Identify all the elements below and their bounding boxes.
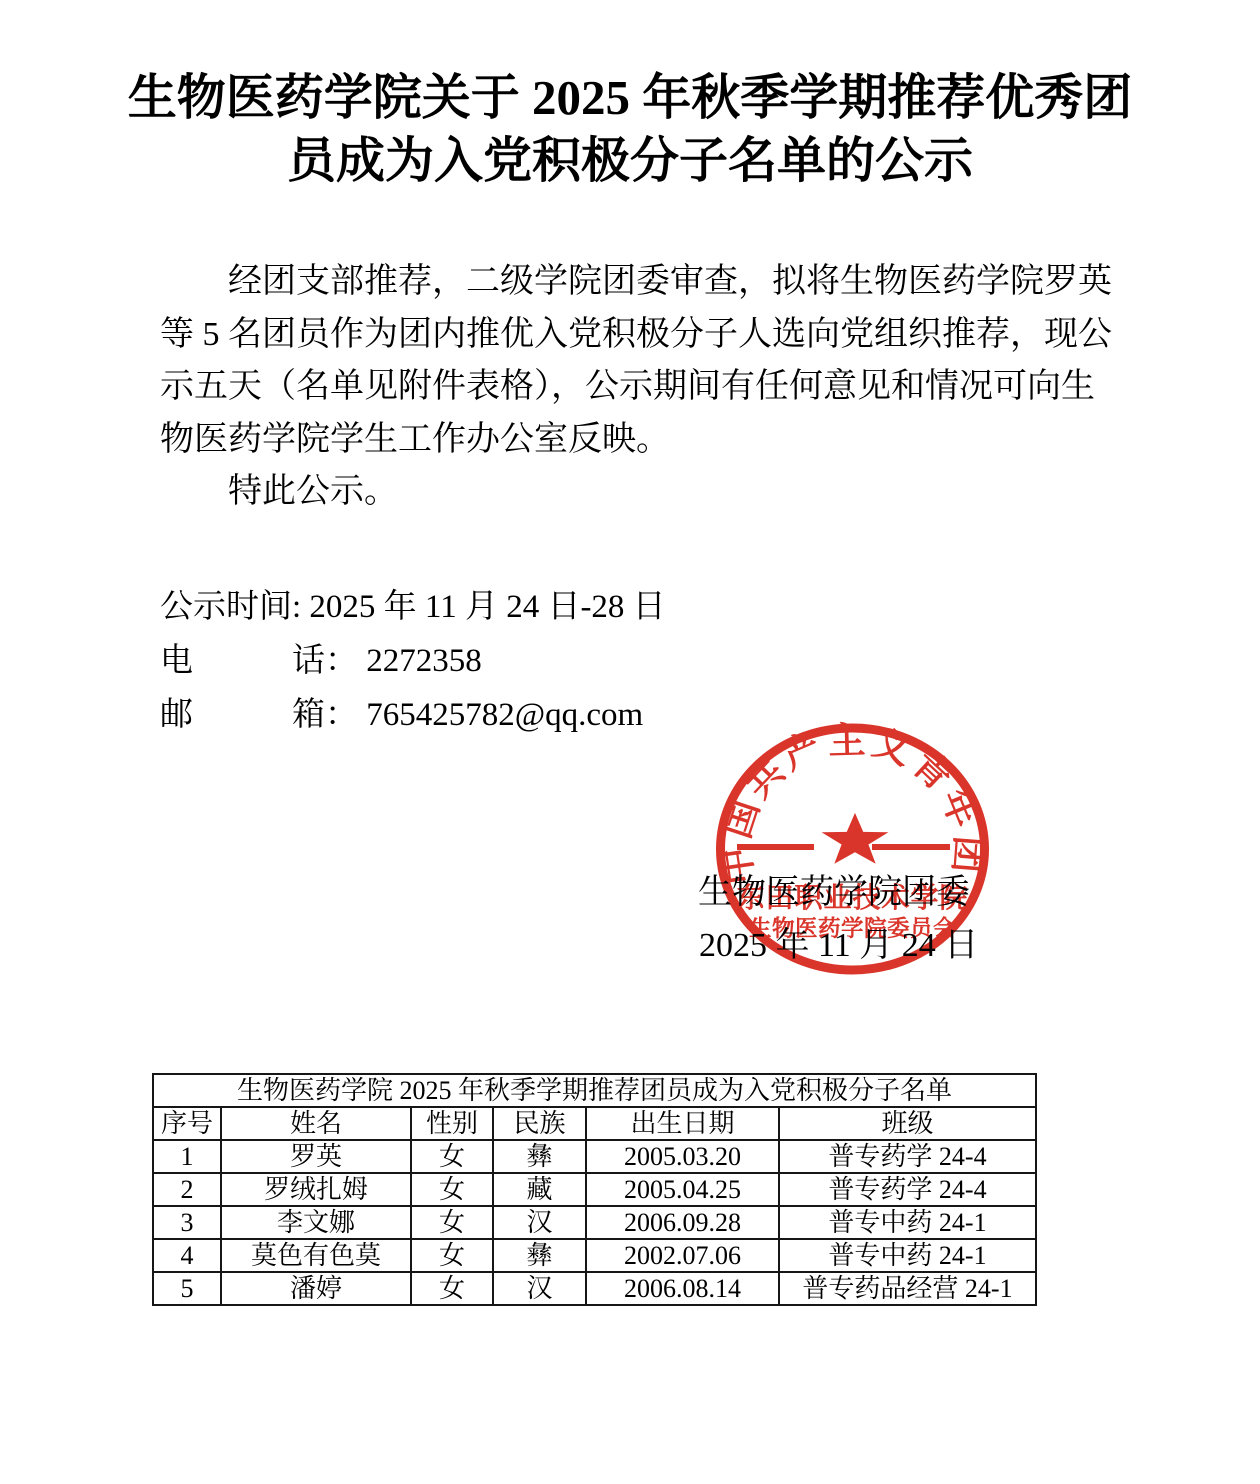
- cell-gender: 女: [411, 1272, 493, 1305]
- cell-name: 罗英: [221, 1140, 411, 1173]
- cell-ethnicity: 藏: [493, 1173, 586, 1206]
- body-line: 特此公示。: [160, 466, 1120, 519]
- body-line: 物医药学院学生工作办公室反映。: [160, 414, 1120, 467]
- document-page: 生物医药学院关于 2025 年秋季学期推荐优秀团 员成为入党积极分子名单的公示 …: [0, 0, 1260, 1484]
- table-row: 5 潘婷 女 汉 2006.08.14 普专药品经营 24-1: [153, 1272, 1036, 1305]
- cell-ethnicity: 彝: [493, 1140, 586, 1173]
- column-header: 班级: [779, 1107, 1036, 1140]
- document-title: 生物医药学院关于 2025 年秋季学期推荐优秀团 员成为入党积极分子名单的公示: [0, 66, 1260, 192]
- cell-ethnicity: 汉: [493, 1272, 586, 1305]
- seal-right-line: [872, 844, 950, 850]
- table-row: 1 罗英 女 彝 2005.03.20 普专药学 24-4: [153, 1140, 1036, 1173]
- cell-class: 普专中药 24-1: [779, 1239, 1036, 1272]
- cell-name: 罗绒扎姆: [221, 1173, 411, 1206]
- title-line-2: 员成为入党积极分子名单的公示: [0, 129, 1260, 192]
- cell-gender: 女: [411, 1173, 493, 1206]
- official-seal-stamp: 中国共产主义青年团 东田职业技术学院 生物医药学院委员会: [711, 721, 994, 978]
- table-title-section: 生物医药学院 2025 年秋季学期推荐团员成为入党积极分子名单 序号 姓名 性别…: [153, 1074, 1036, 1140]
- contact-block: 公示时间: 2025 年 11 月 24 日-28 日 电 话： 2272358…: [160, 580, 860, 742]
- column-header: 出生日期: [586, 1107, 779, 1140]
- table-row: 4 莫色有色莫 女 彝 2002.07.06 普专中药 24-1: [153, 1239, 1036, 1272]
- cell-ethnicity: 汉: [493, 1206, 586, 1239]
- cell-gender: 女: [411, 1239, 493, 1272]
- roster-table: 生物医药学院 2025 年秋季学期推荐团员成为入党积极分子名单 序号 姓名 性别…: [152, 1073, 1037, 1306]
- cell-serial-no: 5: [153, 1272, 221, 1305]
- cell-class: 普专药品经营 24-1: [779, 1272, 1036, 1305]
- column-header: 姓名: [221, 1107, 411, 1140]
- phone-line: 电 话： 2272358: [160, 634, 860, 688]
- body-line: 等 5 名团员作为团内推优入党积极分子人选向党组织推荐，现公: [160, 309, 1120, 362]
- seal-inner-line2: 生物医药学院委员会: [749, 915, 956, 941]
- title-line-1: 生物医药学院关于 2025 年秋季学期推荐优秀团: [0, 66, 1260, 129]
- body-paragraphs: 经团支部推荐，二级学院团委审查，拟将生物医药学院罗英 等 5 名团员作为团内推优…: [160, 256, 1120, 519]
- cell-gender: 女: [411, 1206, 493, 1239]
- column-header: 民族: [493, 1107, 586, 1140]
- cell-name: 莫色有色莫: [221, 1239, 411, 1272]
- seal-arc-text: 中国共产主义青年团: [715, 721, 990, 887]
- table-header-row: 序号 姓名 性别 民族 出生日期 班级: [153, 1107, 1036, 1140]
- seal-inner-line1: 东田职业技术学院: [736, 882, 968, 913]
- seal-star-icon: [822, 813, 889, 864]
- cell-gender: 女: [411, 1140, 493, 1173]
- body-line: 示五天（名单见附件表格），公示期间有任何意见和情况可向生: [160, 361, 1120, 414]
- cell-birth-date: 2006.08.14: [586, 1272, 779, 1305]
- cell-serial-no: 2: [153, 1173, 221, 1206]
- cell-class: 普专药学 24-4: [779, 1140, 1036, 1173]
- cell-birth-date: 2005.03.20: [586, 1140, 779, 1173]
- cell-birth-date: 2002.07.06: [586, 1239, 779, 1272]
- cell-name: 李文娜: [221, 1206, 411, 1239]
- cell-class: 普专中药 24-1: [779, 1206, 1036, 1239]
- cell-name: 潘婷: [221, 1272, 411, 1305]
- cell-class: 普专药学 24-4: [779, 1173, 1036, 1206]
- cell-serial-no: 4: [153, 1239, 221, 1272]
- table-title: 生物医药学院 2025 年秋季学期推荐团员成为入党积极分子名单: [153, 1074, 1036, 1107]
- table-body: 1 罗英 女 彝 2005.03.20 普专药学 24-4 2 罗绒扎姆 女 藏…: [153, 1140, 1036, 1305]
- seal-left-line: [737, 844, 814, 850]
- cell-ethnicity: 彝: [493, 1239, 586, 1272]
- publicity-period-line: 公示时间: 2025 年 11 月 24 日-28 日: [160, 580, 860, 634]
- body-line: 经团支部推荐，二级学院团委审查，拟将生物医药学院罗英: [160, 256, 1120, 309]
- cell-serial-no: 1: [153, 1140, 221, 1173]
- column-header: 序号: [153, 1107, 221, 1140]
- column-header: 性别: [411, 1107, 493, 1140]
- table-row: 2 罗绒扎姆 女 藏 2005.04.25 普专药学 24-4: [153, 1173, 1036, 1206]
- table-title-row: 生物医药学院 2025 年秋季学期推荐团员成为入党积极分子名单: [153, 1074, 1036, 1107]
- cell-birth-date: 2006.09.28: [586, 1206, 779, 1239]
- table-row: 3 李文娜 女 汉 2006.09.28 普专中药 24-1: [153, 1206, 1036, 1239]
- cell-birth-date: 2005.04.25: [586, 1173, 779, 1206]
- cell-serial-no: 3: [153, 1206, 221, 1239]
